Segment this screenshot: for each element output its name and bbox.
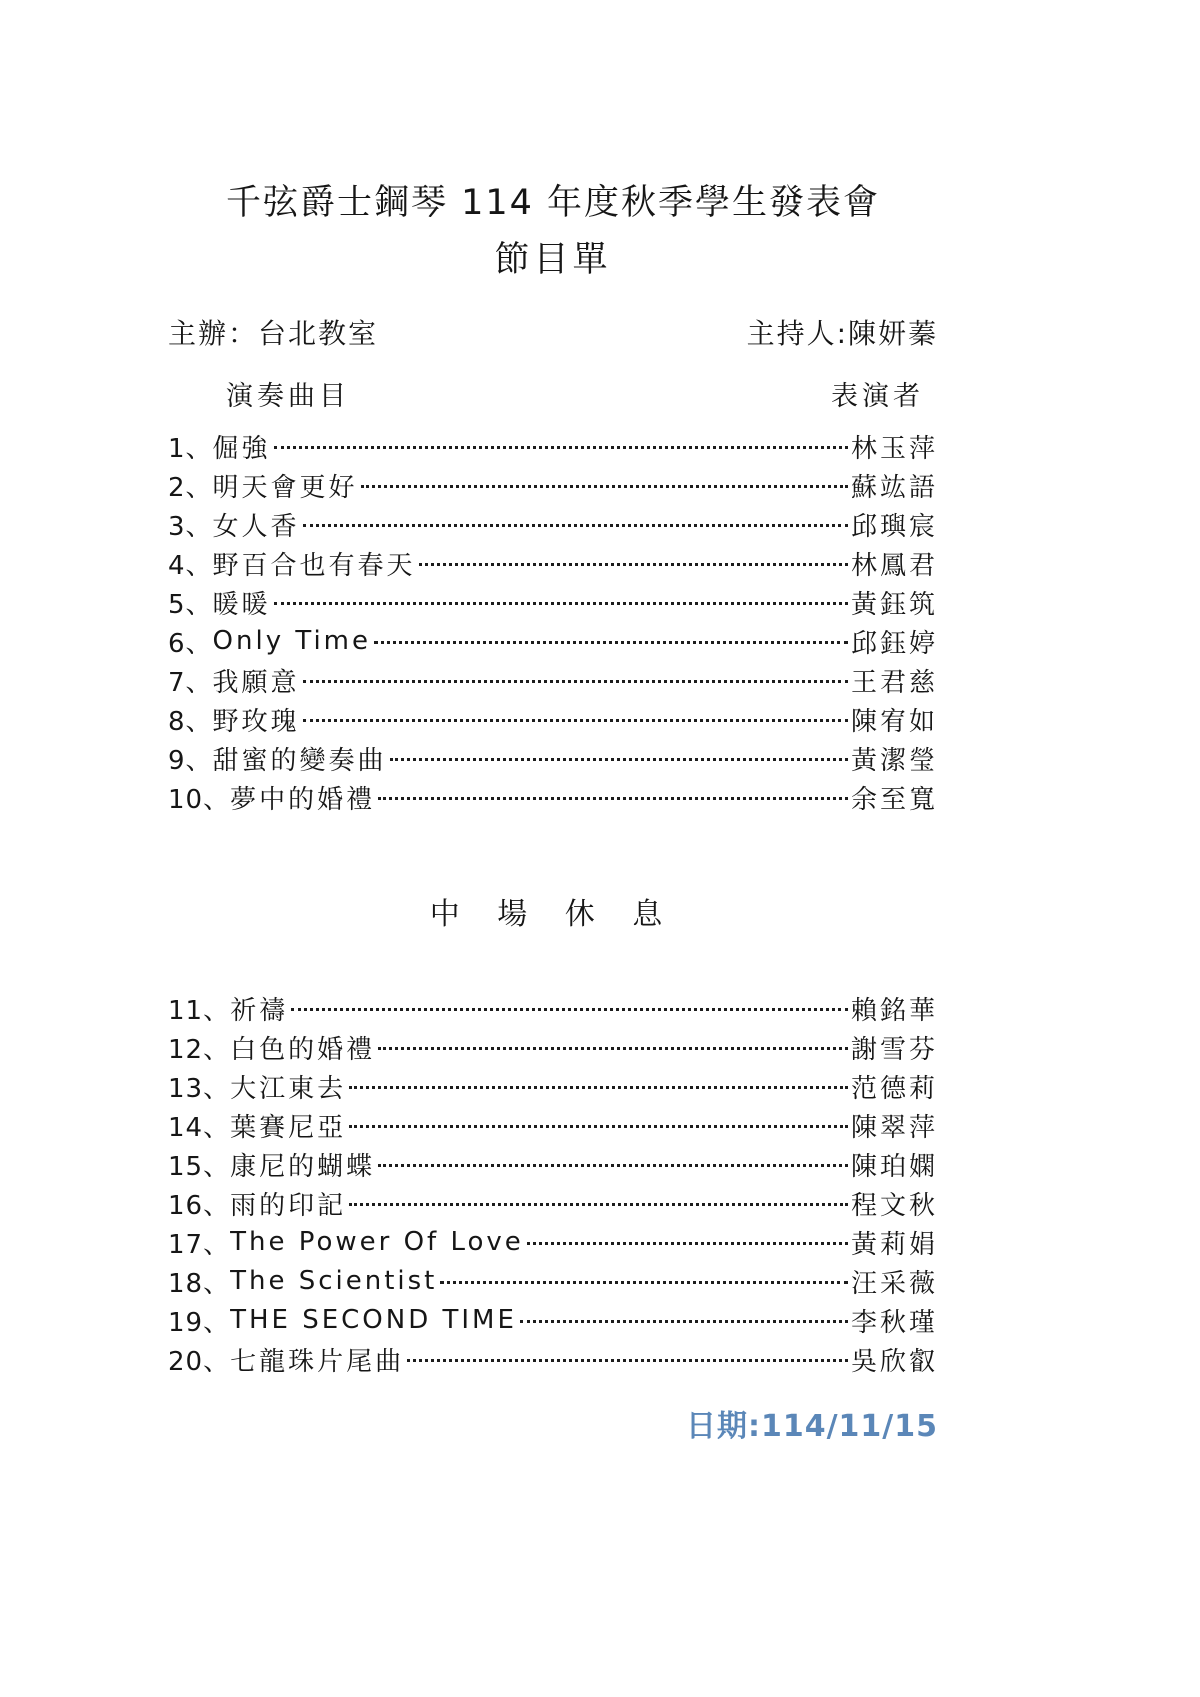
dotted-leader xyxy=(349,1203,848,1206)
item-number: 18、 xyxy=(168,1263,230,1300)
performer-name: 汪采薇 xyxy=(851,1263,938,1300)
program-row: 4、野百合也有春天林鳳君 xyxy=(168,544,938,583)
song-title: 暖暖 xyxy=(213,584,271,621)
item-number: 2、 xyxy=(168,467,213,504)
dotted-leader xyxy=(361,485,848,488)
program-row: 8、野玫瑰陳宥如 xyxy=(168,700,938,739)
program-row: 11、祈禱賴銘華 xyxy=(168,989,938,1028)
performer-name: 林玉萍 xyxy=(851,428,938,465)
program-row: 15、康尼的蝴蝶陳珀嫻 xyxy=(168,1145,938,1184)
dotted-leader xyxy=(527,1242,848,1245)
program-row: 2、明天會更好蘇竑語 xyxy=(168,466,938,505)
dotted-leader xyxy=(520,1320,848,1323)
performer-name: 賴銘華 xyxy=(851,990,938,1027)
program-row: 1、倔強林玉萍 xyxy=(168,427,938,466)
song-title: 康尼的蝴蝶 xyxy=(230,1146,375,1183)
item-number: 11、 xyxy=(168,990,230,1027)
song-title: 明天會更好 xyxy=(213,467,358,504)
item-number: 13、 xyxy=(168,1068,230,1105)
meta-row: 主辦：台北教室 主持人:陳妍蓁 xyxy=(168,312,938,352)
program-row: 6、Only Time邱鈺婷 xyxy=(168,622,938,661)
dotted-leader xyxy=(291,1008,848,1011)
program-row: 14、葉賽尼亞陳翠萍 xyxy=(168,1106,938,1145)
item-number: 4、 xyxy=(168,545,213,582)
song-title: THE SECOND TIME xyxy=(230,1305,517,1335)
program-list-part2: 11、祈禱賴銘華12、白色的婚禮謝雪芬13、大江東去范德莉14、葉賽尼亞陳翠萍1… xyxy=(168,989,938,1379)
song-title: 我願意 xyxy=(213,662,300,699)
item-number: 6、 xyxy=(168,623,213,660)
song-title: 白色的婚禮 xyxy=(230,1029,375,1066)
dotted-leader xyxy=(303,680,848,683)
performer-name: 程文秋 xyxy=(851,1185,938,1222)
event-date: 日期:114/11/15 xyxy=(168,1401,938,1445)
performer-name: 余至寬 xyxy=(851,779,938,816)
page-subtitle: 節目單 xyxy=(168,235,938,286)
dotted-leader xyxy=(303,524,848,527)
performer-name: 邱璵宸 xyxy=(851,506,938,543)
item-number: 8、 xyxy=(168,701,213,738)
column-headers: 演奏曲目 表演者 xyxy=(168,374,938,413)
host-label: 主持人:陳妍蓁 xyxy=(747,312,938,352)
performer-name: 邱鈺婷 xyxy=(851,623,938,660)
item-number: 15、 xyxy=(168,1146,230,1183)
program-row: 13、大江東去范德莉 xyxy=(168,1067,938,1106)
page-title: 千弦爵士鋼琴 114 年度秋季學生發表會 xyxy=(168,178,938,229)
song-title: 七龍珠片尾曲 xyxy=(230,1341,404,1378)
performer-name: 李秋瑾 xyxy=(851,1302,938,1339)
column-header-performer: 表演者 xyxy=(831,374,924,413)
program-list-part1: 1、倔強林玉萍2、明天會更好蘇竑語3、女人香邱璵宸4、野百合也有春天林鳳君5、暖… xyxy=(168,427,938,817)
dotted-leader xyxy=(349,1086,848,1089)
program-row: 3、女人香邱璵宸 xyxy=(168,505,938,544)
song-title: 大江東去 xyxy=(230,1068,346,1105)
song-title: Only Time xyxy=(213,626,371,656)
dotted-leader xyxy=(374,641,848,644)
item-number: 17、 xyxy=(168,1224,230,1261)
program-row: 16、雨的印記程文秋 xyxy=(168,1184,938,1223)
dotted-leader xyxy=(303,719,848,722)
song-title: 雨的印記 xyxy=(230,1185,346,1222)
performer-name: 王君慈 xyxy=(851,662,938,699)
song-title: 野百合也有春天 xyxy=(213,545,416,582)
song-title: The Power Of Love xyxy=(230,1227,524,1257)
item-number: 19、 xyxy=(168,1302,230,1339)
program-row: 18、The Scientist汪采薇 xyxy=(168,1262,938,1301)
column-header-song: 演奏曲目 xyxy=(226,374,350,413)
song-title: 祈禱 xyxy=(230,990,288,1027)
performer-name: 陳翠萍 xyxy=(851,1107,938,1144)
dotted-leader xyxy=(390,758,848,761)
item-number: 3、 xyxy=(168,506,213,543)
program-row: 19、THE SECOND TIME李秋瑾 xyxy=(168,1301,938,1340)
song-title: 野玫瑰 xyxy=(213,701,300,738)
performer-name: 蘇竑語 xyxy=(851,467,938,504)
performer-name: 林鳳君 xyxy=(851,545,938,582)
performer-name: 黃潔瑩 xyxy=(851,740,938,777)
dotted-leader xyxy=(440,1281,848,1284)
intermission-heading: 中 場 休 息 xyxy=(168,889,938,933)
program-row: 12、白色的婚禮謝雪芬 xyxy=(168,1028,938,1067)
program-row: 17、The Power Of Love黃莉娟 xyxy=(168,1223,938,1262)
program-row: 9、甜蜜的變奏曲黃潔瑩 xyxy=(168,739,938,778)
performer-name: 黃鈺筑 xyxy=(851,584,938,621)
program-row: 7、我願意王君慈 xyxy=(168,661,938,700)
item-number: 16、 xyxy=(168,1185,230,1222)
title-block: 千弦爵士鋼琴 114 年度秋季學生發表會 節目單 xyxy=(168,178,938,286)
song-title: 倔強 xyxy=(213,428,271,465)
performer-name: 吳欣叡 xyxy=(851,1341,938,1378)
performer-name: 陳宥如 xyxy=(851,701,938,738)
performer-name: 黃莉娟 xyxy=(851,1224,938,1261)
song-title: 女人香 xyxy=(213,506,300,543)
dotted-leader xyxy=(378,797,848,800)
performer-name: 謝雪芬 xyxy=(851,1029,938,1066)
item-number: 20、 xyxy=(168,1341,230,1378)
program-page: 千弦爵士鋼琴 114 年度秋季學生發表會 節目單 主辦：台北教室 主持人:陳妍蓁… xyxy=(168,178,938,1445)
item-number: 10、 xyxy=(168,779,230,816)
item-number: 12、 xyxy=(168,1029,230,1066)
song-title: 夢中的婚禮 xyxy=(230,779,375,816)
performer-name: 范德莉 xyxy=(851,1068,938,1105)
dotted-leader xyxy=(378,1047,848,1050)
item-number: 7、 xyxy=(168,662,213,699)
dotted-leader xyxy=(378,1164,848,1167)
song-title: 甜蜜的變奏曲 xyxy=(213,740,387,777)
item-number: 1、 xyxy=(168,428,213,465)
item-number: 9、 xyxy=(168,740,213,777)
song-title: The Scientist xyxy=(230,1266,437,1296)
song-title: 葉賽尼亞 xyxy=(230,1107,346,1144)
performer-name: 陳珀嫻 xyxy=(851,1146,938,1183)
program-row: 10、夢中的婚禮余至寬 xyxy=(168,778,938,817)
dotted-leader xyxy=(407,1359,848,1362)
item-number: 5、 xyxy=(168,584,213,621)
program-row: 20、七龍珠片尾曲吳欣叡 xyxy=(168,1340,938,1379)
organizer-label: 主辦：台北教室 xyxy=(168,312,378,352)
dotted-leader xyxy=(349,1125,848,1128)
dotted-leader xyxy=(274,602,848,605)
dotted-leader xyxy=(274,446,848,449)
dotted-leader xyxy=(419,563,848,566)
program-row: 5、暖暖黃鈺筑 xyxy=(168,583,938,622)
item-number: 14、 xyxy=(168,1107,230,1144)
